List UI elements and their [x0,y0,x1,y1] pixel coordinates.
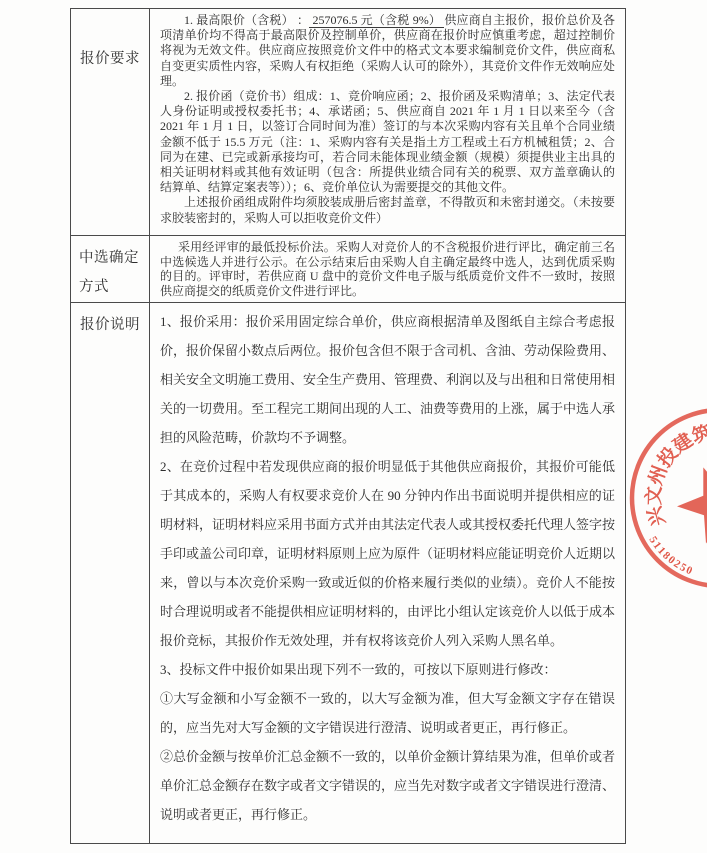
seal-arc-character: 筑 [689,420,707,447]
seal-serial-digit: 2 [671,558,683,571]
row-content: 1. 最高限价（含税） ： 257076.5 元（含税 9%） 供应商自主报价，… [160,13,615,231]
text-segment: 上述报价函组成附件均须胶装成册后密封盖章，不得散页和未密封递交。（未按要求胶装密… [160,195,615,224]
seal-border-circle [632,410,707,586]
seal-arc-character: 建 [669,428,698,458]
seal-serial-digit: 1 [655,545,668,557]
row-label-cell: 报价要求 [71,9,150,236]
row-label: 报价说明 [71,303,149,335]
text-segment: 1. 最高限价（含税） ： [184,13,309,27]
paragraph: ②总价金额与按单价汇总金额不一致的，以单价金额计算结果为准，但单价或者单价汇总金… [160,742,615,829]
row-content-cell: 1. 最高限价（含税） ： 257076.5 元（含税 9%） 供应商自主报价，… [150,9,626,236]
row-content-cell: 1、报价采用：报价采用固定综合单价，供应商根据清单及图纸自主综合考虑报价，报价保… [150,303,626,844]
row-label: 报价要求 [71,9,149,69]
text-segment: ②总价金额与按单价汇总金额不一致的，以单价金额计算结果为准，但单价或者单价汇总金… [160,749,615,822]
red-official-seal-stamp: 兴文州投建筑51180250 [627,405,707,605]
row-label-cell: 中选确定方式 [71,236,150,303]
text-segment: 1、报价采用：报价采用固定综合单价，供应商根据清单及图纸自主综合考虑报价，报价保… [160,314,615,445]
row-content-cell: 采用经评审的最低投标价法。采购人对竞价人的不含税报价进行评比，确定前三名中选候选… [150,236,626,303]
row-content: 采用经评审的最低投标价法。采购人对竞价人的不含税报价进行评比，确定前三名中选候选… [160,240,615,298]
row-content: 1、报价采用：报价采用固定综合单价，供应商根据清单及图纸自主综合考虑报价，报价保… [160,307,615,839]
seal-serial-digit: 5 [678,561,689,574]
seal-serial-digit: 0 [666,554,678,567]
paragraph: 3、投标文件中报价如果出现下列不一致的，可按以下原则进行修改： [160,655,615,684]
seal-serial-digit: 1 [650,540,663,552]
seal-serial-digit: 8 [660,550,673,563]
paragraph: 采用经评审的最低投标价法。采购人对竞价人的不含税报价进行评比，确定前三名中选候选… [160,240,615,298]
seal-serial-digit: 5 [646,534,659,545]
seal-serial-digit: 0 [684,564,694,577]
text-segment: 2、在竞价过程中若发现供应商的报价明显低于其他供应商报价，其报价可能低于其成本的… [160,459,615,648]
paragraph: 上述报价函组成附件均须胶装成册后密封盖章，不得散页和未密封递交。（未按要求胶装密… [160,195,615,225]
seal-arc-character: 投 [653,442,683,471]
seal-arc-character: 州 [644,463,671,488]
text-segment: ①大写金额和小写金额不一致的，以大写金额为准，但大写金额文字存在错误的，应当先对… [160,691,615,735]
table-row-quotation-notes: 报价说明1、报价采用：报价采用固定综合单价，供应商根据清单及图纸自主综合考虑报价… [71,303,626,844]
paragraph: 1. 最高限价（含税） ： 257076.5 元（含税 9%） 供应商自主报价，… [160,13,615,89]
seal-star-icon [677,467,707,543]
seal-arc-character: 兴 [643,503,670,528]
table-row-selection-method: 中选确定方式采用经评审的最低投标价法。采购人对竞价人的不含税报价进行评比，确定前… [71,236,626,303]
seal-arc-character: 文 [642,486,666,506]
paragraph: 1、报价采用：报价采用固定综合单价，供应商根据清单及图纸自主综合考虑报价，报价保… [160,307,615,452]
row-label-cell: 报价说明 [71,303,150,844]
text-segment: 2. 报价函（竞价书）组成：1、竞价响应函；2、报价函及采购清单；3、法定代表人… [160,89,615,194]
quotation-terms-table: 报价要求1. 最高限价（含税） ： 257076.5 元（含税 9%） 供应商自… [70,8,626,844]
table-row-quotation-requirements: 报价要求1. 最高限价（含税） ： 257076.5 元（含税 9%） 供应商自… [71,9,626,236]
text-segment: 3、投标文件中报价如果出现下列不一致的，可按以下原则进行修改： [160,662,557,677]
paragraph: 2、在竞价过程中若发现供应商的报价明显低于其他供应商报价，其报价可能低于其成本的… [160,452,615,655]
text-segment: 采用经评审的最低投标价法。采购人对竞价人的不含税报价进行评比，确定前三名中选候选… [160,240,615,298]
scanned-document-page: 报价要求1. 最高限价（含税） ： 257076.5 元（含税 9%） 供应商自… [0,0,707,853]
underlined-price-value: 257076.5 元（含税 9%） [309,13,444,28]
paragraph: ①大写金额和小写金额不一致的，以大写金额为准，但大写金额文字存在错误的，应当先对… [160,684,615,742]
paragraph: 2. 报价函（竞价书）组成：1、竞价响应函；2、报价函及采购清单；3、法定代表人… [160,89,615,195]
row-label: 中选确定方式 [71,236,149,302]
